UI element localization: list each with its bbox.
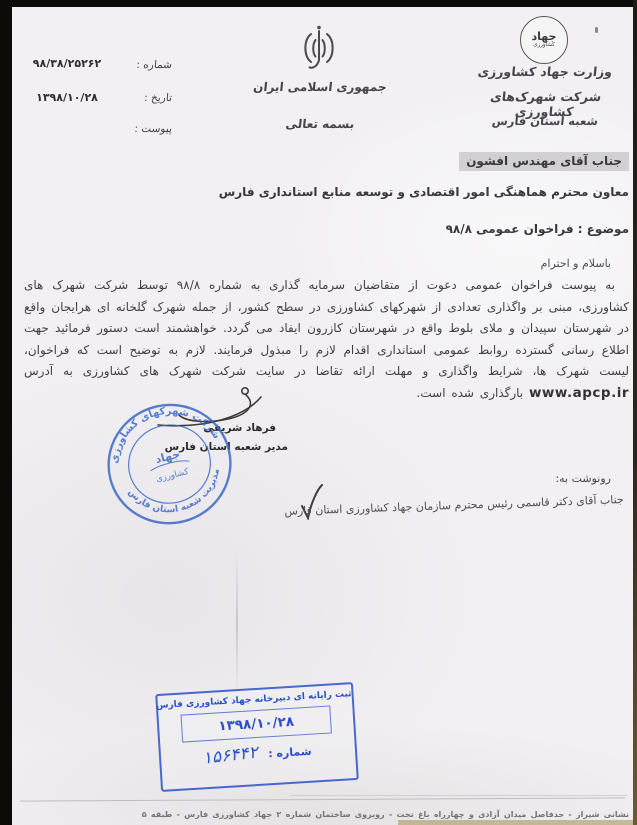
scan-speck (595, 27, 598, 33)
scan-edge-right (633, 0, 637, 825)
registry-stamp-date: ۱۳۹۸/۱۰/۲۸ (180, 705, 331, 742)
jahad-logo-icon: جهاد کشاورزی (520, 16, 568, 64)
subject-line: موضوع : فراخوان عمومی ۹۸/۸ (446, 222, 629, 236)
republic-line: جمهوری اسلامی ایران (249, 80, 390, 94)
logo-subtext: کشاورزی (533, 42, 554, 49)
footer-rule-upper (290, 795, 627, 796)
iran-emblem-icon (299, 25, 339, 77)
number-label: شماره : (133, 59, 172, 71)
registry-stamp: ثبت رایانه ای دبیرخانه جهاد کشاورزی فارس… (155, 682, 359, 792)
paper-crease (236, 552, 238, 692)
scan-edge-bottom (398, 820, 633, 825)
footer-address: نشانی شیراز - حدفاصل میدان آزادی و چهارر… (142, 810, 629, 819)
date-value: ۱۳۹۸/۱۰/۲۸ (20, 91, 114, 104)
org-ministry-line: وزارت جهاد کشاورزی (469, 64, 621, 79)
recipient-title: معاون محترم هماهنگی امور اقتصادی و توسعه… (219, 185, 629, 199)
cc-label: رونوشت به: (555, 472, 611, 485)
recipient-name: جناب آقای مهندس افشون (459, 154, 629, 168)
number-value: ۹۸/۳۸/۲۵۲۶۲ (16, 57, 118, 70)
registry-number-label: شماره : (268, 744, 312, 760)
scanned-letter: جهاد کشاورزی وزارت جهاد کشاورزی شرکت شهر… (0, 0, 637, 825)
body-text-part1: به پیوست فراخوان عمومی دعوت از متقاضیان … (24, 278, 629, 378)
salutation-line: باسلام و احترام (541, 257, 611, 270)
org-branch-line: شعبه استان فارس (469, 114, 620, 128)
date-label: تاریخ : (135, 92, 172, 104)
letter-body: به پیوست فراخوان عمومی دعوت از متقاضیان … (24, 275, 629, 404)
registry-number-value: ۱۵۶۴۴۲ (203, 742, 260, 768)
attachment-label: پیوست : (129, 123, 172, 135)
website-url: www.apcp.ir (529, 385, 629, 401)
invocation-line: بسمه تعالی (267, 117, 372, 131)
logo-text: جهاد (532, 31, 557, 42)
body-text-part2: بارگذاری شده است. (417, 386, 529, 400)
round-stamp-center2: کشاورزی (155, 467, 191, 485)
recipient-name-highlight: جناب آقای مهندس افشون (459, 152, 629, 171)
